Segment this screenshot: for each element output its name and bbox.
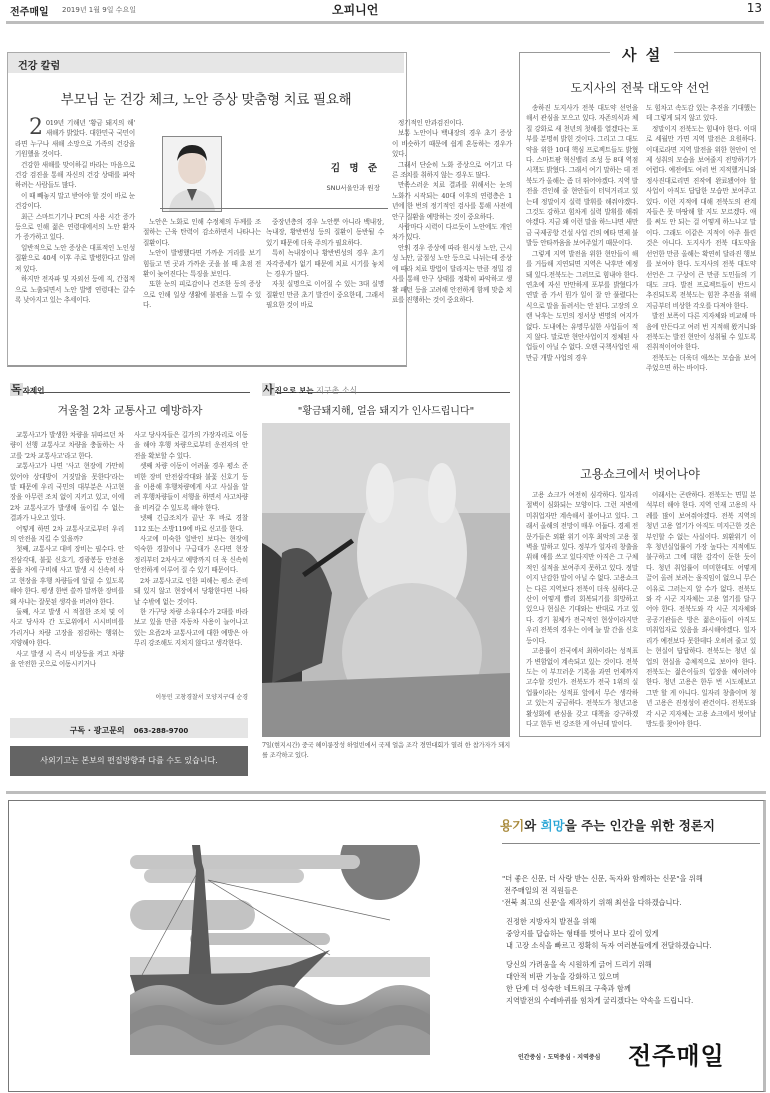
slogan-word-courage: 용기 (500, 818, 524, 833)
subscription-phone[interactable]: 063-288-9700 (134, 727, 189, 735)
reader-column-header: 독자제언 (10, 378, 250, 393)
author-divider (160, 208, 388, 209)
promo-motto: 인간중심 · 도덕중심 · 지역중심 (518, 1052, 600, 1061)
photo-label-accent: 지구촌 소식 (316, 386, 357, 395)
section-title: 오피니언 (332, 1, 378, 18)
photo-label-initial: 사 (262, 383, 275, 396)
reader-headline: 겨울철 2차 교통사고 예방하자 (10, 402, 250, 418)
author-title: SNU서울안과 원장 (250, 183, 380, 192)
issue-date: 2019년 1월 9일 수요일 (62, 5, 136, 15)
reader-label-initial: 독 (10, 383, 23, 396)
page-number: 13 (747, 1, 762, 15)
ship-lighthouse-illustration-icon (130, 845, 430, 1055)
photo-headline: "황금돼지해, 얼음 돼지가 인사드립니다" (262, 402, 510, 417)
reader-col-2: 사고 당사자들은 길가의 가장자리로 이동을 해야 후행 차량으로부터 운전자의… (134, 430, 248, 649)
promo-logo: 전주매일 (628, 1036, 725, 1071)
reader-col-1: 교통사고가 발생한 차량을 뒤따르던 차량이 선행 교통사고 차량을 충돌하는 … (10, 430, 124, 669)
photo-caption: 7일(현지시간) 중국 헤이룽장성 하얼빈에서 국제 얼음 조각 경연대회가 열… (262, 741, 510, 762)
disclaimer-banner: 사외기고는 본보의 편집방향과 다를 수도 있습니다. (10, 746, 248, 776)
dropcap: 2 (29, 118, 43, 138)
editorial-label: 사 설 (610, 44, 674, 65)
editorial-title-1: 도지사의 전북 대도약 선언 (519, 79, 761, 96)
reader-signature: 이동민 고창경찰서 모양지구대 순경 (134, 692, 248, 701)
health-col-4: 정기적인 안과검진이다. 보통 노안이나 백내장의 경우 초기 증상이 비슷하기… (392, 118, 512, 305)
reader-label-rest: 자제언 (23, 386, 45, 395)
header-rule (6, 21, 764, 24)
slogan-word-hope: 희망 (541, 818, 565, 833)
editorial-1-col-1: 송하진 도지사가 전북 대도약 선언을 해서 관심을 모으고 있다. 자존의식과… (526, 103, 638, 363)
promo-illustration (130, 845, 390, 1055)
health-column-header: 건강 칼럼 (8, 53, 404, 73)
promo-paragraph-3: 당신의 가려움을 속 시원하게 긁어 드리기 위해 대안적 비판 기능을 강화하… (506, 959, 766, 1007)
subscription-label: 구독 · 광고문의 (70, 726, 125, 735)
ice-sculpture-photo (262, 423, 510, 737)
promo-paragraph-1: "더 좋은 신문, 더 사랑 받는 신문, 독자와 함께하는 신문"을 위해 전… (504, 873, 764, 909)
editorial-title-2: 고용쇼크에서 벗어나야 (519, 465, 761, 482)
author-portrait-icon (163, 137, 221, 211)
editorial-2-col-1: 고용 쇼크가 여전히 심각하다. 일자리 절벽이 심화되는 모양이다. 그런 저… (526, 490, 638, 729)
editorial-1-col-2: 도 힘차고 속도감 있는 추진을 기대했는데 그렇게 되지 않고 있다. 정말이… (646, 103, 756, 374)
author-name: 김 명 준 (250, 160, 380, 174)
photo-news-header: 사진으로 보는 지구촌 소식 (262, 378, 510, 393)
author-photo (162, 136, 222, 212)
brand-name: 전주매일 (10, 3, 49, 18)
health-column-label: 건강 칼럼 (18, 57, 60, 72)
subscription-box: 구독 · 광고문의 063-288-9700 (10, 718, 248, 738)
slogan-underline (502, 843, 760, 844)
health-col-1: 2 019년 기해년 '황금 돼지의 해' 새해가 밝았다. 대한민국 국민이라… (15, 118, 135, 305)
ice-pig-image-icon (262, 423, 510, 737)
promo-paragraph-2: 진정한 지방자치 발전을 위해 중앙지를 답습하는 형태를 벗어나 보다 깊이 … (506, 916, 766, 952)
section-divider (6, 791, 766, 794)
health-col-3: 중장년층의 경우 노안뿐 아니라 백내장, 녹내장, 황반변성 등의 질환이 동… (266, 217, 384, 311)
health-col-2: 노안은 노화로 인해 수정체의 두께를 조절하는 근육 탄력이 감소하면서 나타… (143, 217, 261, 311)
photo-label-mid: 진으로 보는 (275, 386, 316, 395)
editorial-2-col-2: 이래서는 곤란하다. 전북도는 면밀 분석부터 해야 한다. 지역 인재 고용의… (646, 490, 756, 729)
page-header: 전주매일 2019년 1월 9일 수요일 오피니언 13 (10, 0, 762, 18)
health-headline: 부모님 눈 건강 체크, 노안 증상 맞춤형 치료 필요해 (8, 88, 404, 108)
promo-slogan: 용기와 희망을 주는 인간을 위한 정론지 (500, 816, 760, 834)
